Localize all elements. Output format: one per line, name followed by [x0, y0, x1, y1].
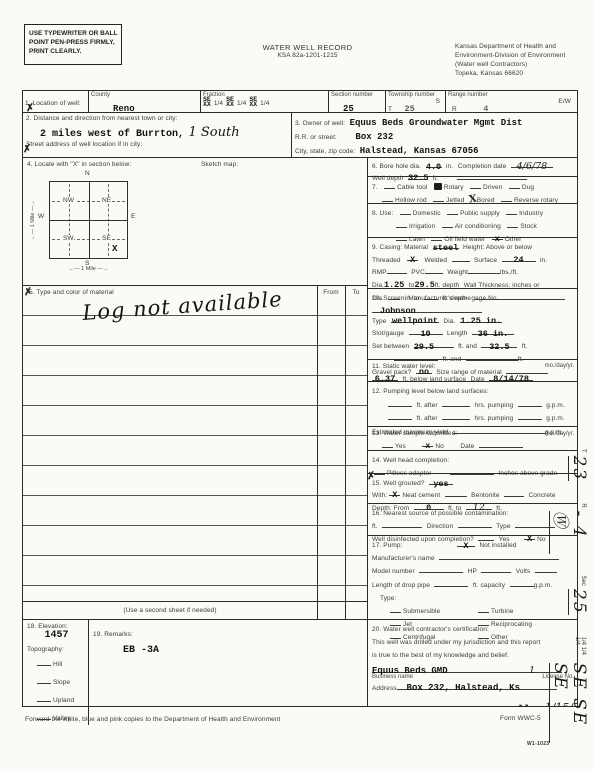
set-from-value: 29.5 — [414, 342, 434, 352]
use-line-1: 8. Use: Domestic Public supply Industry — [372, 206, 574, 219]
range-tag: R — [580, 503, 586, 507]
slope-blank — [37, 677, 51, 684]
box-grouted: ✗ 15. Well grouted? yes With:XNeat cemen… — [368, 474, 577, 504]
box-bore-hole: 6. Bore hole dia. 4.0 in. Completion dat… — [368, 158, 577, 177]
grouted-line-2: With:XNeat cement Bentonite Concrete — [372, 488, 574, 500]
pump-ft-blank2 — [388, 412, 412, 420]
static-line-1: 11. Static water level:mo./day/yr. — [372, 362, 574, 372]
box-pump: 17. Pump: X Not installed Manufacturer's… — [368, 536, 577, 620]
city-label: City, state, zip code: — [295, 148, 355, 155]
quad-se: SE — [101, 235, 112, 242]
row-distance-owner: 2. Distance and direction from nearest t… — [23, 113, 577, 158]
drop-pipe-blank — [434, 579, 468, 587]
contam-line-2: ft. Direction Type — [372, 519, 574, 532]
instruction-line: PRINT CLEARLY. — [29, 47, 118, 56]
instruction-line: USE TYPEWRITER OR BALL — [29, 29, 118, 38]
method-line-1: 7. Cable tool Rotary Driven Dug — [372, 180, 574, 193]
quad-ne: NE — [101, 197, 112, 204]
section-label: Section number — [331, 92, 383, 98]
right-column: 6. Bore hole dia. 4.0 in. Completion dat… — [367, 158, 577, 706]
cell-owner: 3. Owner of well: Equus Beds Groundwater… — [291, 113, 577, 157]
section-remarks: 19. Remarks: EB -3A — [89, 620, 367, 725]
owner-city-line: City, state, zip code: Halstead, Kansas … — [295, 143, 574, 157]
margin-legal-annotation: T23 R- 4 Ⓦ Sec25 1/4 1/4 1/4SE SE SE — [554, 443, 588, 743]
cert-business-line: Equus Beds GMD1 — [372, 664, 574, 674]
instruction-box: USE TYPEWRITER OR BALL POINT PEN-PRESS F… — [24, 24, 122, 65]
gpm-label: g.p.m. — [546, 402, 565, 409]
sample-date-label: Date — [460, 443, 474, 450]
sample-date-blank — [479, 440, 523, 448]
driven-blank — [470, 182, 481, 189]
sample-yes-blank — [382, 441, 393, 448]
topography-label: Topography: — [27, 646, 86, 653]
dug-label: Dug — [522, 184, 534, 191]
public-supply-blank — [447, 208, 458, 215]
use-label: 8. Use: — [372, 210, 393, 217]
model-label: Model number — [372, 568, 415, 575]
domestic-blank — [400, 208, 411, 215]
screen-line-3: Type wellpoint Dia. 1.25 in. — [372, 314, 574, 327]
contamination-label: 16. Nearest source of possible contamina… — [372, 510, 508, 517]
county-label: County — [91, 92, 198, 98]
box-certification: 20. Water well contractor's certificatio… — [368, 620, 577, 706]
cell-fraction: Fraction SE XX 1/4 SE XX 1/4 SE XX 1/4 — [201, 91, 329, 112]
box-pumping-level: 12. Pumping level below land surfaces: f… — [368, 382, 577, 427]
mdy-label2: mo./day/yr. — [545, 429, 574, 439]
industry-blank — [506, 208, 517, 215]
form-lower: 4. Locate with "X" in section below: Ske… — [23, 158, 577, 706]
jetted-blank — [433, 195, 444, 202]
pump-line-5: Type: — [372, 591, 574, 604]
slot-label: Slot/gauge — [372, 330, 404, 337]
hollow-rod-blank — [382, 195, 393, 202]
driven-label: Driven — [483, 184, 502, 191]
pump-label: 17. Pump: — [372, 542, 403, 549]
topo-hill: Hill — [27, 653, 86, 671]
upland-blank — [37, 695, 51, 702]
fraction-entry: SE XX — [203, 97, 211, 107]
sample-no-mark: x — [425, 441, 430, 451]
row-elevation-remarks: 18. Elevation: 1457 Topography: Hill Slo… — [23, 619, 367, 725]
cert-address-line: AddressBox 232, Halstead, Ks — [372, 681, 574, 694]
quad-sw: SW — [62, 235, 74, 242]
remarks-value: EB -3A — [123, 645, 363, 656]
pump-line-2: Manufacturer's name — [372, 551, 574, 564]
fraction-quarter-typed: XX — [203, 102, 211, 107]
owner-street-line: R.R. or street: Box 232 — [295, 129, 574, 143]
hp-blank — [481, 565, 511, 573]
weight-label: Weight — [447, 269, 468, 276]
pump-line-6: SubmersibleTurbine — [372, 604, 574, 617]
quarters-tag: 1/4 1/4 1/4 — [574, 637, 586, 660]
section-tag: Sec — [580, 576, 586, 586]
margin-township: T23 — [568, 449, 588, 481]
mdy-label: mo./day/yr. — [545, 362, 574, 372]
fraction-quarter-typed: XX — [249, 102, 257, 107]
drop-pipe-label: Length of drop pipe — [372, 582, 430, 589]
cable-tool-label: Cable tool — [397, 184, 427, 191]
slope-label: Slope — [53, 679, 70, 686]
model-blank — [419, 565, 463, 573]
one-mile-horizontal: ←— 1 Mile —→ — [49, 266, 128, 272]
material-label: 5. Type and color of material — [29, 289, 114, 296]
township-note: 23 — [568, 456, 588, 482]
box-contamination: 16. Nearest source of possible contamina… — [368, 504, 577, 536]
pump-type-label: Type: — [380, 595, 396, 602]
surface-value: 24 — [513, 255, 523, 265]
pump-gpm-label: g.p.m. — [534, 582, 553, 589]
section-note: 25 — [568, 589, 588, 615]
elevation-label: 18. Elevation: — [27, 623, 86, 630]
township-tag: T — [580, 449, 586, 453]
print-code: W1-1023 — [527, 741, 549, 747]
jetted-label: Jetted — [446, 197, 464, 204]
pvc-label: PVC — [411, 269, 425, 276]
not-installed-label: Not installed — [479, 542, 516, 549]
form-statute: KSA 82a-1201-1215 — [225, 52, 390, 59]
dug-blank — [509, 182, 520, 189]
screen-line-5: Set between 29.5 ft. and 32.5 ft. — [372, 339, 574, 352]
range-label: Range number — [448, 92, 575, 98]
cell-distance: 2. Distance and direction from nearest t… — [23, 113, 291, 157]
cert-text-2: is true to the best of my knowledge and … — [372, 652, 509, 659]
casing-line-3: RMP PVC Weightlbs./ft. — [372, 265, 574, 278]
pump-line-4: Length of drop pipe ft. capacity g.p.m. — [372, 578, 574, 591]
air-conditioning-label: Air conditioning — [455, 223, 501, 230]
rotary-label: Rotary — [444, 184, 464, 191]
box-well-head: 14. Well head completion: Pitless adapte… — [368, 451, 577, 474]
quarter-label: 1/4 — [237, 100, 246, 107]
pump-gpm-blank — [518, 399, 542, 407]
box-water-sample: 13. Water sample submitted:mo./day/yr. Y… — [368, 427, 577, 451]
rmp-label: RMP — [372, 269, 387, 276]
irrigation-label: Irrigation — [409, 223, 435, 230]
distance-entry: 2 miles west of Burrton, 1 South — [40, 123, 288, 141]
length-value: 36 in. — [478, 329, 509, 339]
township-value: 25 — [405, 104, 415, 114]
cell-township: Township number T 25 S — [386, 91, 446, 112]
use-line-2: Irrigation Air conditioning Stock — [372, 219, 574, 232]
screen-line-4: Slot/gauge 10 Length 36 in. — [372, 326, 574, 339]
fraction-entry: SE XX — [226, 97, 234, 107]
yes-label: Yes — [395, 443, 406, 450]
with-label: With: — [372, 492, 387, 499]
stock-label: Stock — [520, 223, 537, 230]
contam-line-1: 16. Nearest source of possible contamina… — [372, 506, 574, 519]
locate-label: 4. Locate with "X" in section below: — [27, 161, 131, 168]
compass-e: E — [131, 213, 135, 220]
pump-line-1: 17. Pump: X Not installed — [372, 538, 574, 551]
weight-blank — [468, 266, 500, 274]
reverse-rotary-label: Reverse rotary — [514, 197, 558, 204]
cert-line-3: is true to the best of my knowledge and … — [372, 648, 574, 661]
hill-label: Hill — [53, 661, 62, 668]
capacity-blank — [510, 579, 534, 587]
log-ruled-lines — [23, 286, 367, 587]
agency-line: Topeka, Kansas 66620 — [455, 69, 565, 78]
set-between-label: Set between — [372, 343, 409, 350]
pump-hrs-blank2 — [442, 412, 470, 420]
bore-dia-value: 4.0 — [426, 162, 441, 172]
bored-label: Bored — [477, 197, 495, 204]
quarter-label: 1/4 — [260, 100, 269, 107]
form-number: Form WWC-5 — [500, 715, 541, 722]
forward-copies-note: Forward the white, blue and pink copies … — [25, 716, 280, 723]
distance-typed: 2 miles west of Burrton, — [40, 129, 184, 140]
hrs-pumping-label2: hrs. pumping — [475, 415, 514, 422]
stock-blank — [507, 221, 518, 228]
bore-line-1: 6. Bore hole dia. 4.0 in. Completion dat… — [372, 160, 574, 172]
surface-in-label: in. — [540, 257, 547, 264]
upland-label: Upland — [53, 697, 74, 704]
pump-line-3: Model number HP Volts — [372, 564, 574, 577]
box-drill-method: 7. Cable tool Rotary Driven Dug Hollow r… — [368, 177, 577, 204]
turbine-label: Turbine — [491, 608, 514, 615]
screen-type-value: wellpoint — [392, 316, 438, 326]
reverse-rotary-blank — [501, 195, 512, 202]
cable-tool-blank — [384, 182, 395, 189]
contam-ft-blank — [382, 520, 422, 528]
pump-mfr-blank — [439, 552, 559, 560]
township-prefix: T — [388, 106, 392, 113]
lbs-label: lbs./ft. — [500, 269, 518, 276]
submersible-label: Submersible — [403, 608, 440, 615]
slot-value: 10 — [420, 329, 430, 339]
agency-line: Environment-Division of Environment — [455, 51, 565, 60]
irrigation-blank — [396, 221, 407, 228]
industry-label: Industry — [519, 210, 543, 217]
submersible-blank — [390, 606, 401, 613]
wellhead-label: 14. Well head completion: — [372, 457, 449, 464]
fraction-entries: SE XX 1/4 SE XX 1/4 SE XX 1/4 — [203, 97, 326, 107]
well-location-x: X — [112, 244, 117, 254]
owner-value: Equus Beds Groundwater Mgmt Dist — [350, 118, 523, 128]
screen-line-1: 10. Screen: Manufacturer's name — [372, 291, 574, 304]
turbine-blank — [478, 606, 489, 613]
concrete-blank — [504, 489, 524, 497]
box-use: 8. Use: Domestic Public supply Industry … — [368, 204, 577, 238]
static-level-label: 11. Static water level: — [372, 362, 436, 372]
grouted-label: 15. Well grouted? — [372, 480, 425, 487]
form-title: WATER WELL RECORD — [225, 43, 390, 52]
section-material-log: 5. Type and color of material ✗ From To … — [23, 286, 367, 619]
city-value: Halstead, Kansas 67056 — [360, 146, 479, 156]
completion-date-value: 4/6/78 — [517, 161, 548, 172]
street-address-label: Street address of well location if in ci… — [26, 141, 288, 148]
instruction-line: POINT PEN-PRESS FIRMLY, — [29, 38, 118, 47]
bore-dia-label: 6. Bore hole dia. — [372, 163, 421, 170]
pump-not-installed-mark: X — [463, 541, 468, 551]
quad-nw: NW — [62, 197, 75, 204]
item7-number: 7. — [372, 184, 378, 191]
township-suffix: S — [436, 98, 440, 105]
welded-blank — [452, 254, 470, 262]
public-supply-label: Public supply — [460, 210, 500, 217]
direction-label: Direction — [427, 523, 454, 530]
neat-cement-mark: X — [392, 490, 397, 500]
surface-label: Surface — [474, 257, 497, 264]
rotary-checkbox-mark — [434, 183, 442, 190]
cert-text-1: This well was drilled under my jurisdict… — [372, 639, 540, 646]
neat-cement-label: Neat cement — [402, 492, 440, 499]
range-suffix: E/W — [558, 98, 571, 105]
range-prefix: R — [452, 106, 457, 113]
from-column-line — [317, 286, 318, 619]
box-screen: 10. Screen: Manufacturer's name Johnson … — [368, 289, 577, 360]
fraction-entry: SE XX — [249, 97, 257, 107]
screen-dia-value: 1.25 in. — [460, 316, 501, 326]
section-map: NW NE SW SE X — [49, 181, 128, 259]
license-value: 1 — [529, 665, 535, 676]
pump-mfr-label: Manufacturer's name — [372, 555, 435, 562]
casing-line-2: Threaded X Welded Surface 24 in. — [372, 253, 574, 266]
pump-hrs-blank — [442, 399, 470, 407]
gpm-label2: g.p.m. — [546, 415, 565, 422]
contam-ft-label: ft. — [372, 523, 378, 530]
remarks-label: 19. Remarks: — [93, 631, 133, 638]
margin-section: Sec25 — [568, 576, 588, 615]
screen-line-2: Johnson — [372, 304, 574, 314]
direction-blank — [458, 520, 492, 528]
hollow-rod-label: Hollow rod — [395, 197, 427, 204]
hrs-pumping-label: hrs. pumping — [475, 402, 514, 409]
cell-range: Range number R 4 E/W — [446, 91, 577, 112]
row-location: 1. Location of well: ✗ County Reno Fract… — [23, 91, 577, 113]
agency-line: Kansas Department of Health and — [455, 42, 565, 51]
ft-after-label: ft. after — [416, 402, 437, 409]
margin-quarters: 1/4 1/4 1/4SE SE SE — [549, 637, 588, 743]
grouted-line-1: 15. Well grouted? yes — [372, 476, 574, 488]
to-header: To — [345, 289, 367, 296]
completion-date-label: Completion date — [458, 163, 507, 170]
section-elevation: 18. Elevation: 1457 Topography: Hill Slo… — [23, 620, 89, 725]
handwritten-x-mark: ✗ — [23, 286, 33, 298]
pump-gpm-blank2 — [518, 412, 542, 420]
screen-mfr-label: 10. Screen: Manufacturer's name — [372, 295, 471, 302]
sample-line-1: 13. Water sample submitted:mo./day/yr. — [372, 429, 574, 439]
elevation-value: 1457 — [27, 630, 86, 641]
range-value: 4 — [483, 104, 488, 114]
township-label: Township number — [388, 92, 443, 98]
cell-county: County Reno — [89, 91, 201, 112]
topo-slope: Slope — [27, 671, 86, 689]
screen-mfr-blank — [475, 292, 565, 300]
in-label: in. — [446, 163, 453, 170]
rr-street-value: Box 232 — [355, 132, 393, 142]
casing-material-value: steel — [433, 243, 459, 253]
screen-mfr-value: Johnson — [372, 306, 416, 316]
box-static-level: 11. Static water level:mo./day/yr. 6.37 … — [368, 360, 577, 382]
wellhead-line-1: 14. Well head completion: — [372, 453, 574, 466]
grouted-value: yes — [433, 479, 448, 489]
address-value: Box 232, Halstead, Ks — [397, 683, 520, 693]
agency-line: (Water well Contractors) — [455, 60, 565, 69]
no-label: No — [435, 443, 444, 450]
fraction-quarter-typed: XX — [226, 102, 234, 107]
water-well-record-scan: USE TYPEWRITER OR BALL POINT PEN-PRESS F… — [0, 0, 593, 769]
map-center-hline — [50, 220, 127, 221]
form-body: 1. Location of well: ✗ County Reno Fract… — [22, 90, 578, 707]
section-value: 25 — [343, 104, 354, 114]
quarter-label: 1/4 — [214, 100, 223, 107]
range-note: - 4 Ⓦ — [549, 511, 588, 554]
left-column: 4. Locate with "X" in section below: Ske… — [23, 158, 367, 706]
ft-after-label2: ft. after — [416, 415, 437, 422]
pvc-blank — [425, 266, 443, 274]
pumping-line-2: ft. after hrs. pumping g.p.m. — [372, 411, 574, 425]
topo-upland: Upland — [27, 689, 86, 707]
quarters-note: SE SE SE — [549, 663, 588, 743]
pump-ft-blank — [388, 399, 412, 407]
capacity-label: ft. capacity — [473, 582, 505, 589]
air-conditioning-blank — [442, 221, 453, 228]
certification-label: 20. Water well contractor's certificatio… — [372, 626, 489, 633]
sketch-map-label: Sketch map: — [201, 161, 238, 168]
cert-line-2: This well was drilled under my jurisdict… — [372, 635, 574, 648]
cell-location-label: 1. Location of well: ✗ — [23, 91, 89, 112]
section-locate: 4. Locate with "X" in section below: Ske… — [23, 158, 367, 286]
business-name-value: Equus Beds GMD — [372, 666, 448, 676]
hill-blank — [37, 659, 51, 666]
distance-label: 2. Distance and direction from nearest t… — [26, 115, 288, 122]
screen-type-label: Type — [372, 318, 387, 325]
volts-label: Volts — [516, 568, 531, 575]
cell-section: Section number 25 — [329, 91, 386, 112]
log-footer-row: (Use a second sheet if needed) — [23, 601, 367, 619]
second-sheet-note: (Use a second sheet if needed) — [23, 607, 317, 614]
handwritten-x-mark: ✗ — [22, 143, 32, 155]
margin-range: R- 4 Ⓦ — [549, 503, 588, 553]
from-header: From — [317, 289, 345, 296]
to-column-line — [345, 286, 346, 619]
threaded-label: Threaded — [372, 257, 401, 264]
one-mile-vertical: ←— 1 Mile —→ — [30, 182, 40, 258]
distance-handwritten: 1 South — [188, 125, 239, 140]
compass-n: N — [85, 170, 90, 177]
address-label: Address — [372, 685, 397, 692]
rr-street-label: R.R. or street: — [295, 134, 337, 141]
agency-block: Kansas Department of Health and Environm… — [455, 42, 565, 78]
cert-line-1: 20. Water well contractor's certificatio… — [372, 622, 574, 635]
box-casing: 9. Casing: Material steel Height: Above … — [368, 238, 577, 289]
form-title-block: WATER WELL RECORD KSA 82a-1201-1215 — [225, 43, 390, 59]
set-to-value: 32.5 — [489, 342, 509, 352]
ft-label2: ft. — [522, 343, 528, 350]
handwritten-x-mark: ✗ — [367, 471, 376, 481]
concrete-label: Concrete — [528, 492, 555, 499]
